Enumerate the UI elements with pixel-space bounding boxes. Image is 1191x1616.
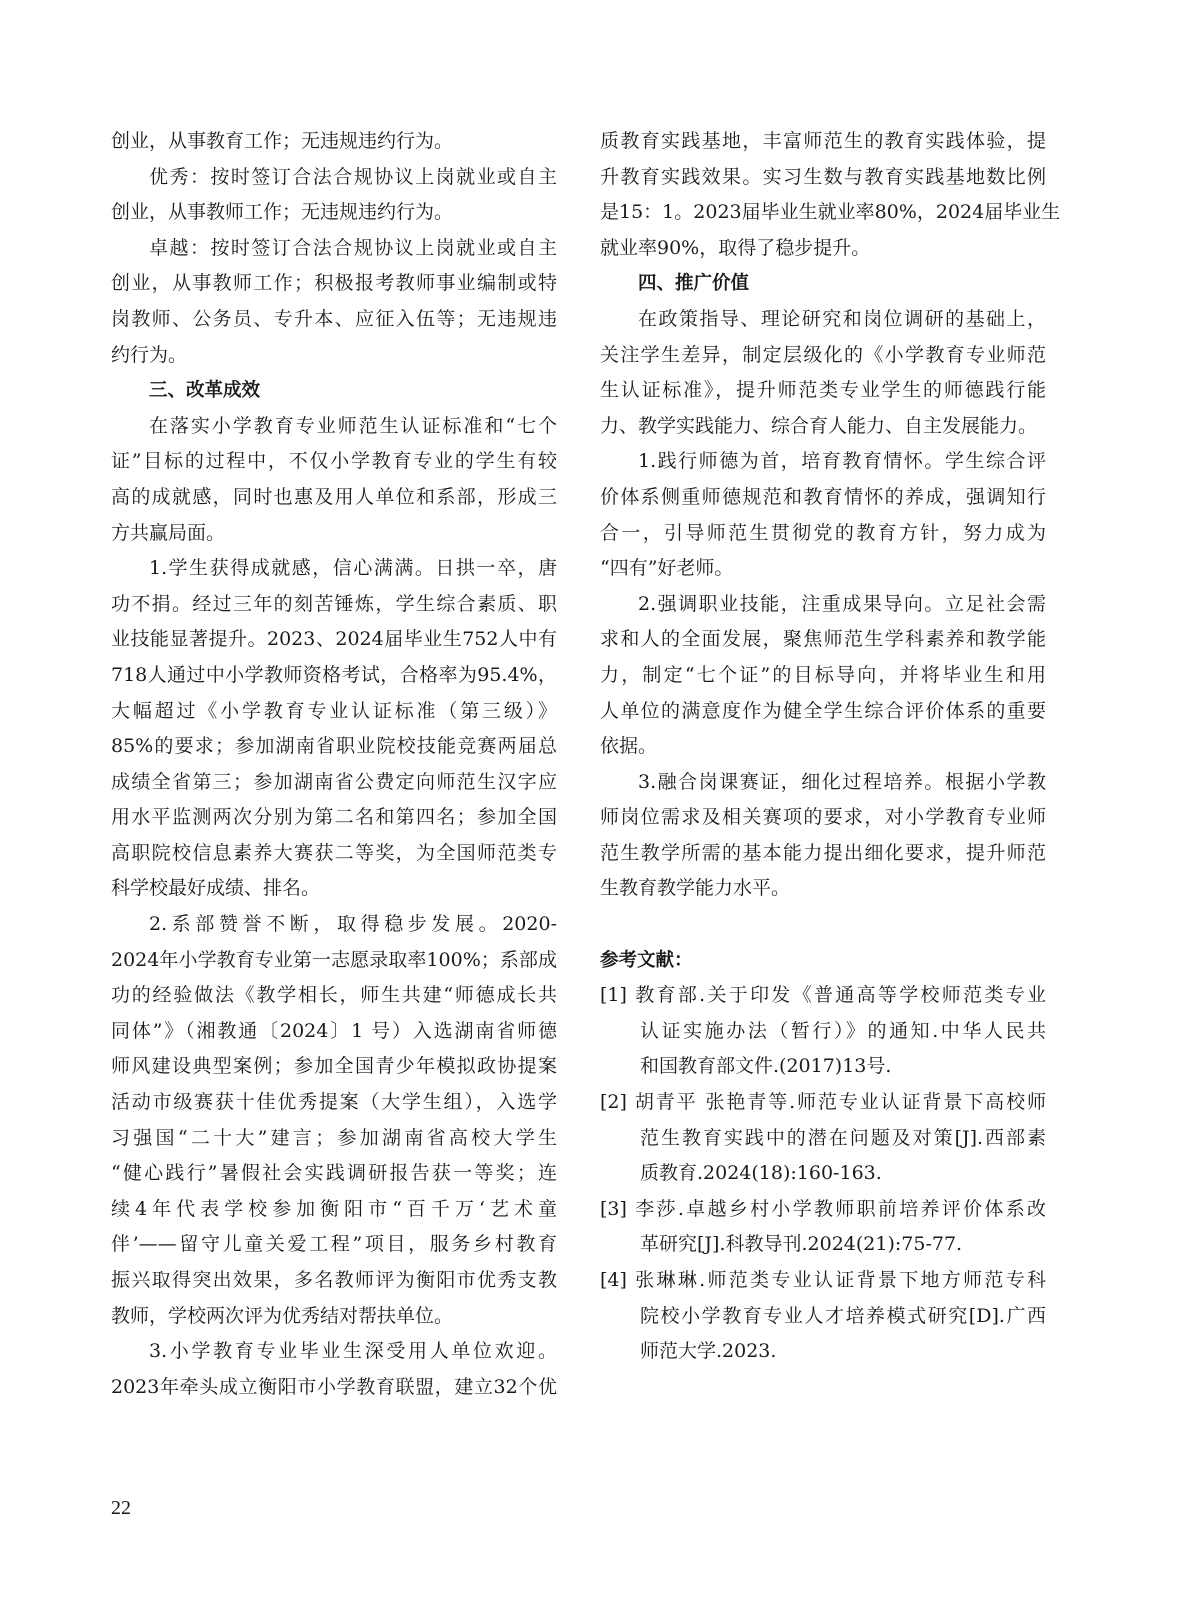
- text-line: 85%的要求；参加湖南省职业院校技能竞赛两届总: [111, 729, 557, 765]
- text-line: 在政策指导、理论研究和岗位调研的基础上，: [600, 302, 1046, 338]
- text-line: 就业率90%，取得了稳步提升。: [600, 231, 1046, 267]
- text-line: 3.小学教育专业毕业生深受用人单位欢迎。: [111, 1334, 557, 1370]
- text-line: 在落实小学教育专业师范生认证标准和“七个: [111, 409, 557, 445]
- text-line: 2023年牵头成立衡阳市小学教育联盟，建立32个优: [111, 1370, 557, 1406]
- text-line: 3.融合岗课赛证，细化过程培养。根据小学教: [600, 765, 1046, 801]
- text-line: 力，制定“七个证”的目标导向，并将毕业生和用: [600, 658, 1046, 694]
- text-line: 高的成就感，同时也惠及用人单位和系部，形成三: [111, 480, 557, 516]
- right-body-text: 质教育实践基地，丰富师范生的教育实践体验，提升教育实践效果。实习生数与教育实践基…: [600, 124, 1046, 907]
- text-line: 岗教师、公务员、专升本、应征入伍等；无违规违: [111, 302, 557, 338]
- text-line: 生认证标准》，提升师范类专业学生的师德践行能: [600, 373, 1046, 409]
- spacer: [600, 907, 1046, 943]
- text-line: 价体系侧重师德规范和教育情怀的养成，强调知行: [600, 480, 1046, 516]
- reference-line: 院校小学教育专业人才培养模式研究[D].广西: [600, 1299, 1046, 1335]
- text-line: 1.学生获得成就感，信心满满。日拱一卒，唐: [111, 551, 557, 587]
- reference-list: [1] 教育部.关于印发《普通高等学校师范类专业认证实施办法（暂行）》的通知.中…: [600, 978, 1046, 1370]
- reference-item: [4] 张琳琳.师范类专业认证背景下地方师范专科院校小学教育专业人才培养模式研究…: [600, 1263, 1046, 1370]
- section-heading: 四、推广价值: [600, 266, 1046, 302]
- reference-item: [3] 李莎.卓越乡村小学教师职前培养评价体系改革研究[J].科教导刊.2024…: [600, 1192, 1046, 1263]
- text-line: 振兴取得突出效果，多名教师评为衡阳市优秀支教: [111, 1263, 557, 1299]
- reference-line: 师范大学.2023.: [600, 1334, 1046, 1370]
- text-line: 续4年代表学校参加衡阳市“百千万‘艺术童: [111, 1192, 557, 1228]
- text-line: 2.强调职业技能，注重成果导向。立足社会需: [600, 587, 1046, 623]
- text-line: 卓越：按时签订合法合规协议上岗就业或自主: [111, 231, 557, 267]
- section-heading: 三、改革成效: [111, 373, 557, 409]
- text-line: 活动市级赛获十佳优秀提案（大学生组），入选学: [111, 1085, 557, 1121]
- references-heading: 参考文献：: [600, 943, 1046, 979]
- text-line: 师风建设典型案例；参加全国青少年模拟政协提案: [111, 1049, 557, 1085]
- text-line: 教师，学校两次评为优秀结对帮扶单位。: [111, 1299, 557, 1335]
- text-line: 功不捐。经过三年的刻苦锤炼，学生综合素质、职: [111, 587, 557, 623]
- reference-item: [1] 教育部.关于印发《普通高等学校师范类专业认证实施办法（暂行）》的通知.中…: [600, 978, 1046, 1085]
- text-line: 1.践行师德为首，培育教育情怀。学生综合评: [600, 444, 1046, 480]
- text-line: 业技能显著提升。2023、2024届毕业生752人中有: [111, 622, 557, 658]
- reference-item: [2] 胡青平 张艳青等.师范专业认证背景下高校师范生教育实践中的潜在问题及对策…: [600, 1085, 1046, 1192]
- reference-line: 认证实施办法（暂行）》的通知.中华人民共: [600, 1014, 1046, 1050]
- text-line: 依据。: [600, 729, 1046, 765]
- text-line: 人单位的满意度作为健全学生综合评价体系的重要: [600, 694, 1046, 730]
- text-line: 创业，从事教师工作；无违规违约行为。: [111, 195, 557, 231]
- text-line: 证”目标的过程中，不仅小学教育专业的学生有较: [111, 444, 557, 480]
- text-line: “四有”好老师。: [600, 551, 1046, 587]
- text-line: 力、教学实践能力、综合育人能力、自主发展能力。: [600, 409, 1046, 445]
- reference-line: 和国教育部文件.(2017)13号.: [600, 1049, 1046, 1085]
- text-line: 师岗位需求及相关赛项的要求，对小学教育专业师: [600, 800, 1046, 836]
- text-line: 方共赢局面。: [111, 516, 557, 552]
- reference-line: [3] 李莎.卓越乡村小学教师职前培养评价体系改: [600, 1192, 1046, 1228]
- text-line: 创业，从事教师工作；积极报考教师事业编制或特: [111, 266, 557, 302]
- text-line: 2.系部赞誉不断，取得稳步发展。2020-: [111, 907, 557, 943]
- text-line: 是15：1。2023届毕业生就业率80%，2024届毕业生: [600, 195, 1046, 231]
- text-line: 升教育实践效果。实习生数与教育实践基地数比例: [600, 160, 1046, 196]
- text-line: 关注学生差异，制定层级化的《小学教育专业师范: [600, 338, 1046, 374]
- reference-line: 范生教育实践中的潜在问题及对策[J].西部素: [600, 1121, 1046, 1157]
- text-line: 功的经验做法《教学相长，师生共建“师德成长共: [111, 978, 557, 1014]
- reference-line: 革研究[J].科教导刊.2024(21):75-77.: [600, 1227, 1046, 1263]
- text-line: 优秀：按时签订合法合规协议上岗就业或自主: [111, 160, 557, 196]
- text-line: 高职院校信息素养大赛获二等奖，为全国师范类专: [111, 836, 557, 872]
- text-line: 科学校最好成绩、排名。: [111, 871, 557, 907]
- text-line: 合一，引导师范生贯彻党的教育方针，努力成为: [600, 516, 1046, 552]
- reference-line: [2] 胡青平 张艳青等.师范专业认证背景下高校师: [600, 1085, 1046, 1121]
- page-number: 22: [111, 1497, 131, 1520]
- left-column: 创业，从事教育工作；无违规违约行为。优秀：按时签订合法合规协议上岗就业或自主创业…: [111, 124, 557, 1405]
- text-line: 成绩全省第三；参加湖南省公费定向师范生汉字应: [111, 765, 557, 801]
- text-line: 同体”》（湘教通〔2024〕1 号）入选湖南省师德: [111, 1014, 557, 1050]
- text-line: 用水平监测两次分别为第二名和第四名；参加全国: [111, 800, 557, 836]
- text-line: 范生教学所需的基本能力提出细化要求，提升师范: [600, 836, 1046, 872]
- text-line: 伴’——留守儿童关爱工程”项目，服务乡村教育: [111, 1227, 557, 1263]
- right-column: 质教育实践基地，丰富师范生的教育实践体验，提升教育实践效果。实习生数与教育实践基…: [600, 124, 1046, 1370]
- text-line: 求和人的全面发展，聚焦师范生学科素养和教学能: [600, 622, 1046, 658]
- reference-line: [1] 教育部.关于印发《普通高等学校师范类专业: [600, 978, 1046, 1014]
- text-line: 生教育教学能力水平。: [600, 871, 1046, 907]
- reference-line: [4] 张琳琳.师范类专业认证背景下地方师范专科: [600, 1263, 1046, 1299]
- text-line: 大幅超过《小学教育专业认证标准（第三级）》: [111, 694, 557, 730]
- text-line: 创业，从事教育工作；无违规违约行为。: [111, 124, 557, 160]
- text-line: 718人通过中小学教师资格考试，合格率为95.4%，: [111, 658, 557, 694]
- text-line: 约行为。: [111, 338, 557, 374]
- text-line: “健心践行”暑假社会实践调研报告获一等奖；连: [111, 1156, 557, 1192]
- text-line: 质教育实践基地，丰富师范生的教育实践体验，提: [600, 124, 1046, 160]
- text-line: 习强国“二十大”建言；参加湖南省高校大学生: [111, 1121, 557, 1157]
- reference-line: 质教育.2024(18):160-163.: [600, 1156, 1046, 1192]
- text-line: 2024年小学教育专业第一志愿录取率100%；系部成: [111, 943, 557, 979]
